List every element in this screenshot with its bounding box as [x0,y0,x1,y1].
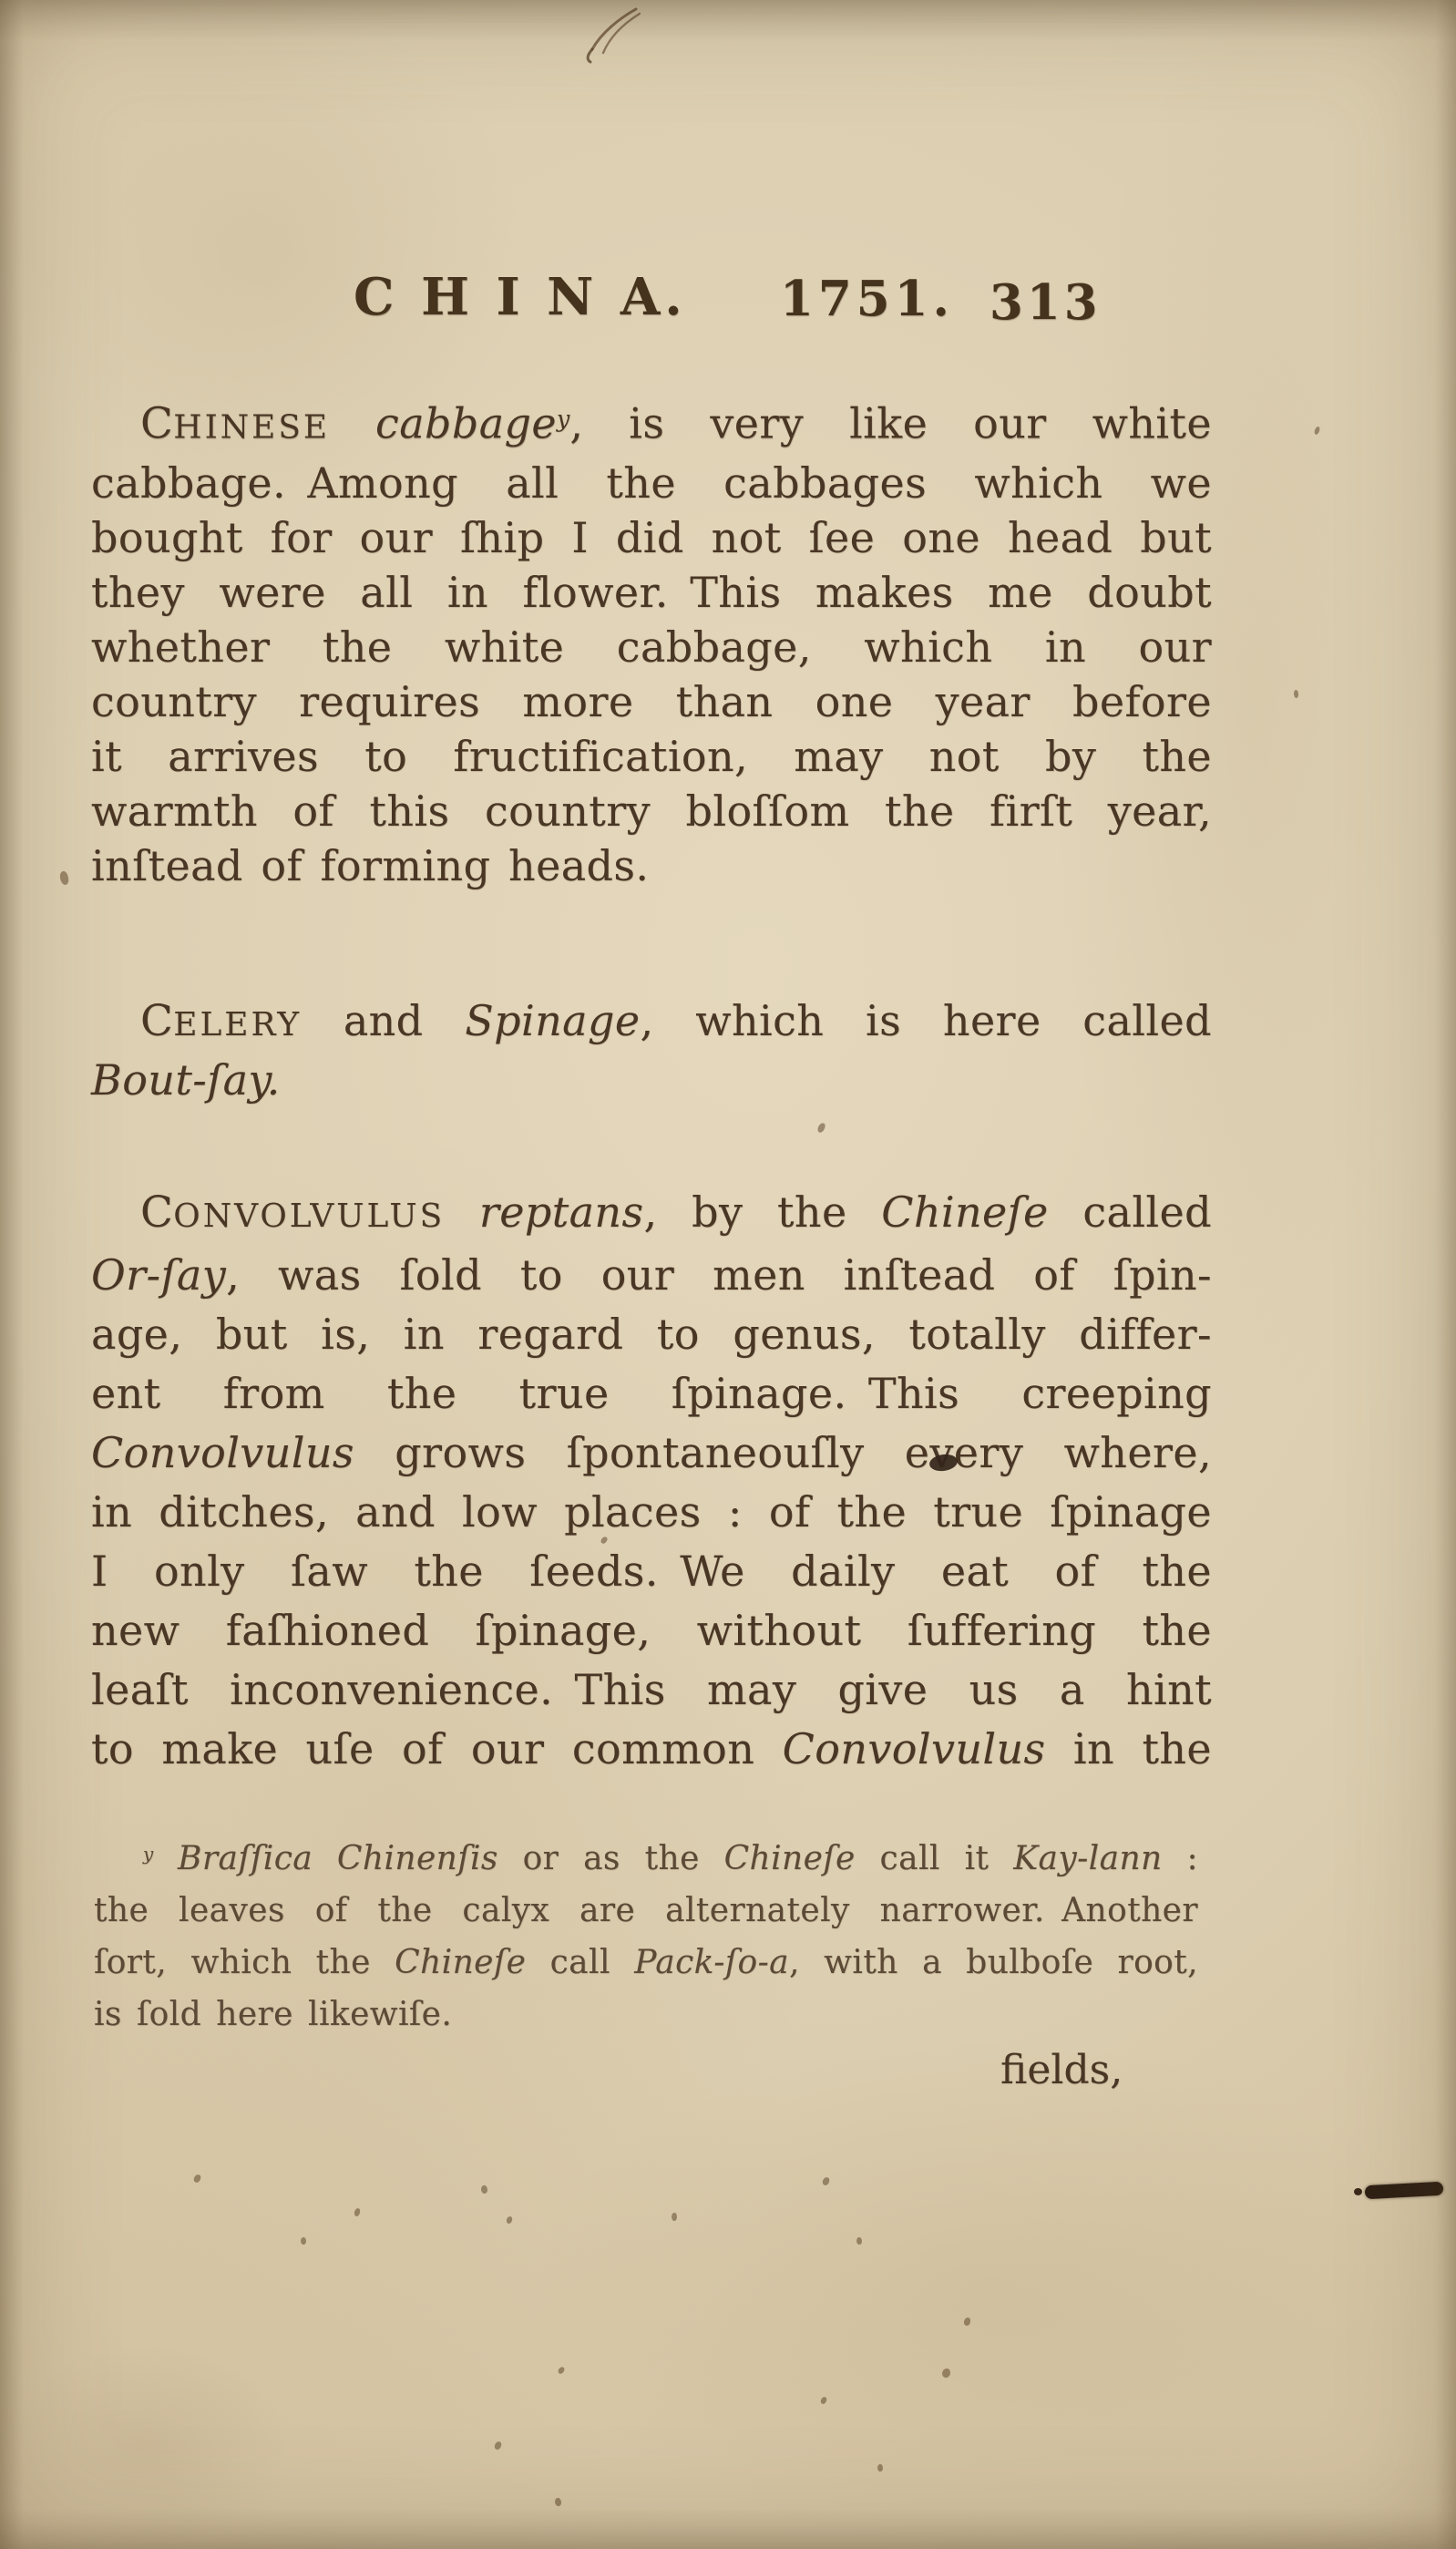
paper-speck [58,870,70,886]
text-line: warmth of this country bloſſom the firſt… [91,784,1212,838]
header-year: 1751. [780,271,954,327]
text-line: CHINESE cabbagey, is very like our white [91,392,1212,456]
text-line: CONVOLVULUS reptans, by the Chineſe call… [91,1183,1212,1246]
text-line: new faſhioned ſpinage, without ſuffering… [91,1601,1212,1660]
text-line: to make uſe of our common Convolvulus in… [91,1720,1212,1779]
text-line: I only ſaw the ſeeds. We daily eat of th… [91,1542,1212,1601]
paper-speck [942,2369,951,2379]
text-line: CELERY and Spinage, which is here called [91,993,1212,1053]
text-line: cabbage. Among all the cabbages which we [91,456,1212,510]
text-line: they were all in flower. This makes me d… [91,565,1212,620]
paper-speck [1314,427,1320,436]
paper-speck [671,2213,677,2222]
text-line: leaſt inconvenience. This may give us a … [91,1660,1212,1720]
paper-speck [816,1122,825,1134]
footnote: y Braſſica Chinenſis or as the Chineſe c… [94,1828,1198,2040]
header-title: C H I N A. [354,267,687,327]
paper-speck [1293,690,1298,699]
paper-speck [820,2396,827,2404]
text-line: y Braſſica Chinenſis or as the Chineſe c… [94,1828,1198,1885]
paragraph-celery-spinage: CELERY and Spinage, which is here called… [91,993,1212,1107]
paper-speck [877,2463,884,2472]
paper-speck [506,2216,512,2225]
paper-speck [558,2366,566,2375]
text-line: Convolvulus grows ſpontaneouſly every wh… [91,1424,1212,1483]
paper-speck [856,2236,863,2245]
paper-speck [480,2184,489,2194]
text-line: whether the white cabbage, which in our [91,620,1212,674]
text-line: Or-ſay, was ſold to our men inſtead of ſ… [91,1246,1212,1305]
paper-speck [964,2318,971,2327]
catchword: fields, [1000,2047,1123,2093]
text-line: it arrives to fructification, may not by… [91,729,1212,784]
paper-speck [300,2236,307,2245]
ink-blot [1365,2182,1444,2199]
text-line: in ditches, and low places : of the true… [91,1483,1212,1542]
text-line: bought for our ſhip I did not ſee one he… [91,510,1212,565]
ink-blot [1354,2188,1362,2195]
text-line: age, but is, in regard to genus, totally… [91,1305,1212,1364]
text-line: ent from the true ſpinage. This creeping [91,1364,1212,1424]
text-line: inſtead of forming heads. [91,838,1212,893]
book-page: C H I N A. 1751. 313 CHINESE cabbagey, i… [0,0,1456,2549]
paper-speck [554,2497,563,2507]
paper-speck [494,2441,502,2450]
page-number: 313 [989,274,1102,331]
hair-mark [563,2,663,75]
paragraph-convolvulus-reptans: CONVOLVULUS reptans, by the Chineſe call… [91,1183,1212,1779]
text-line: is ſold here likewiſe. [94,1989,1198,2040]
paper-speck [193,2174,201,2184]
text-line: the leaves of the calyx are alternately … [94,1885,1198,1937]
text-line: ſort, which the Chineſe call Pack-ſo-a, … [94,1937,1198,1989]
text-line: country requires more than one year befo… [91,674,1212,729]
paper-speck [354,2208,360,2217]
paper-speck [822,2176,830,2185]
text-line: Bout-ſay. [91,1053,1212,1107]
paragraph-chinese-cabbage: CHINESE cabbagey, is very like our white… [91,392,1212,893]
